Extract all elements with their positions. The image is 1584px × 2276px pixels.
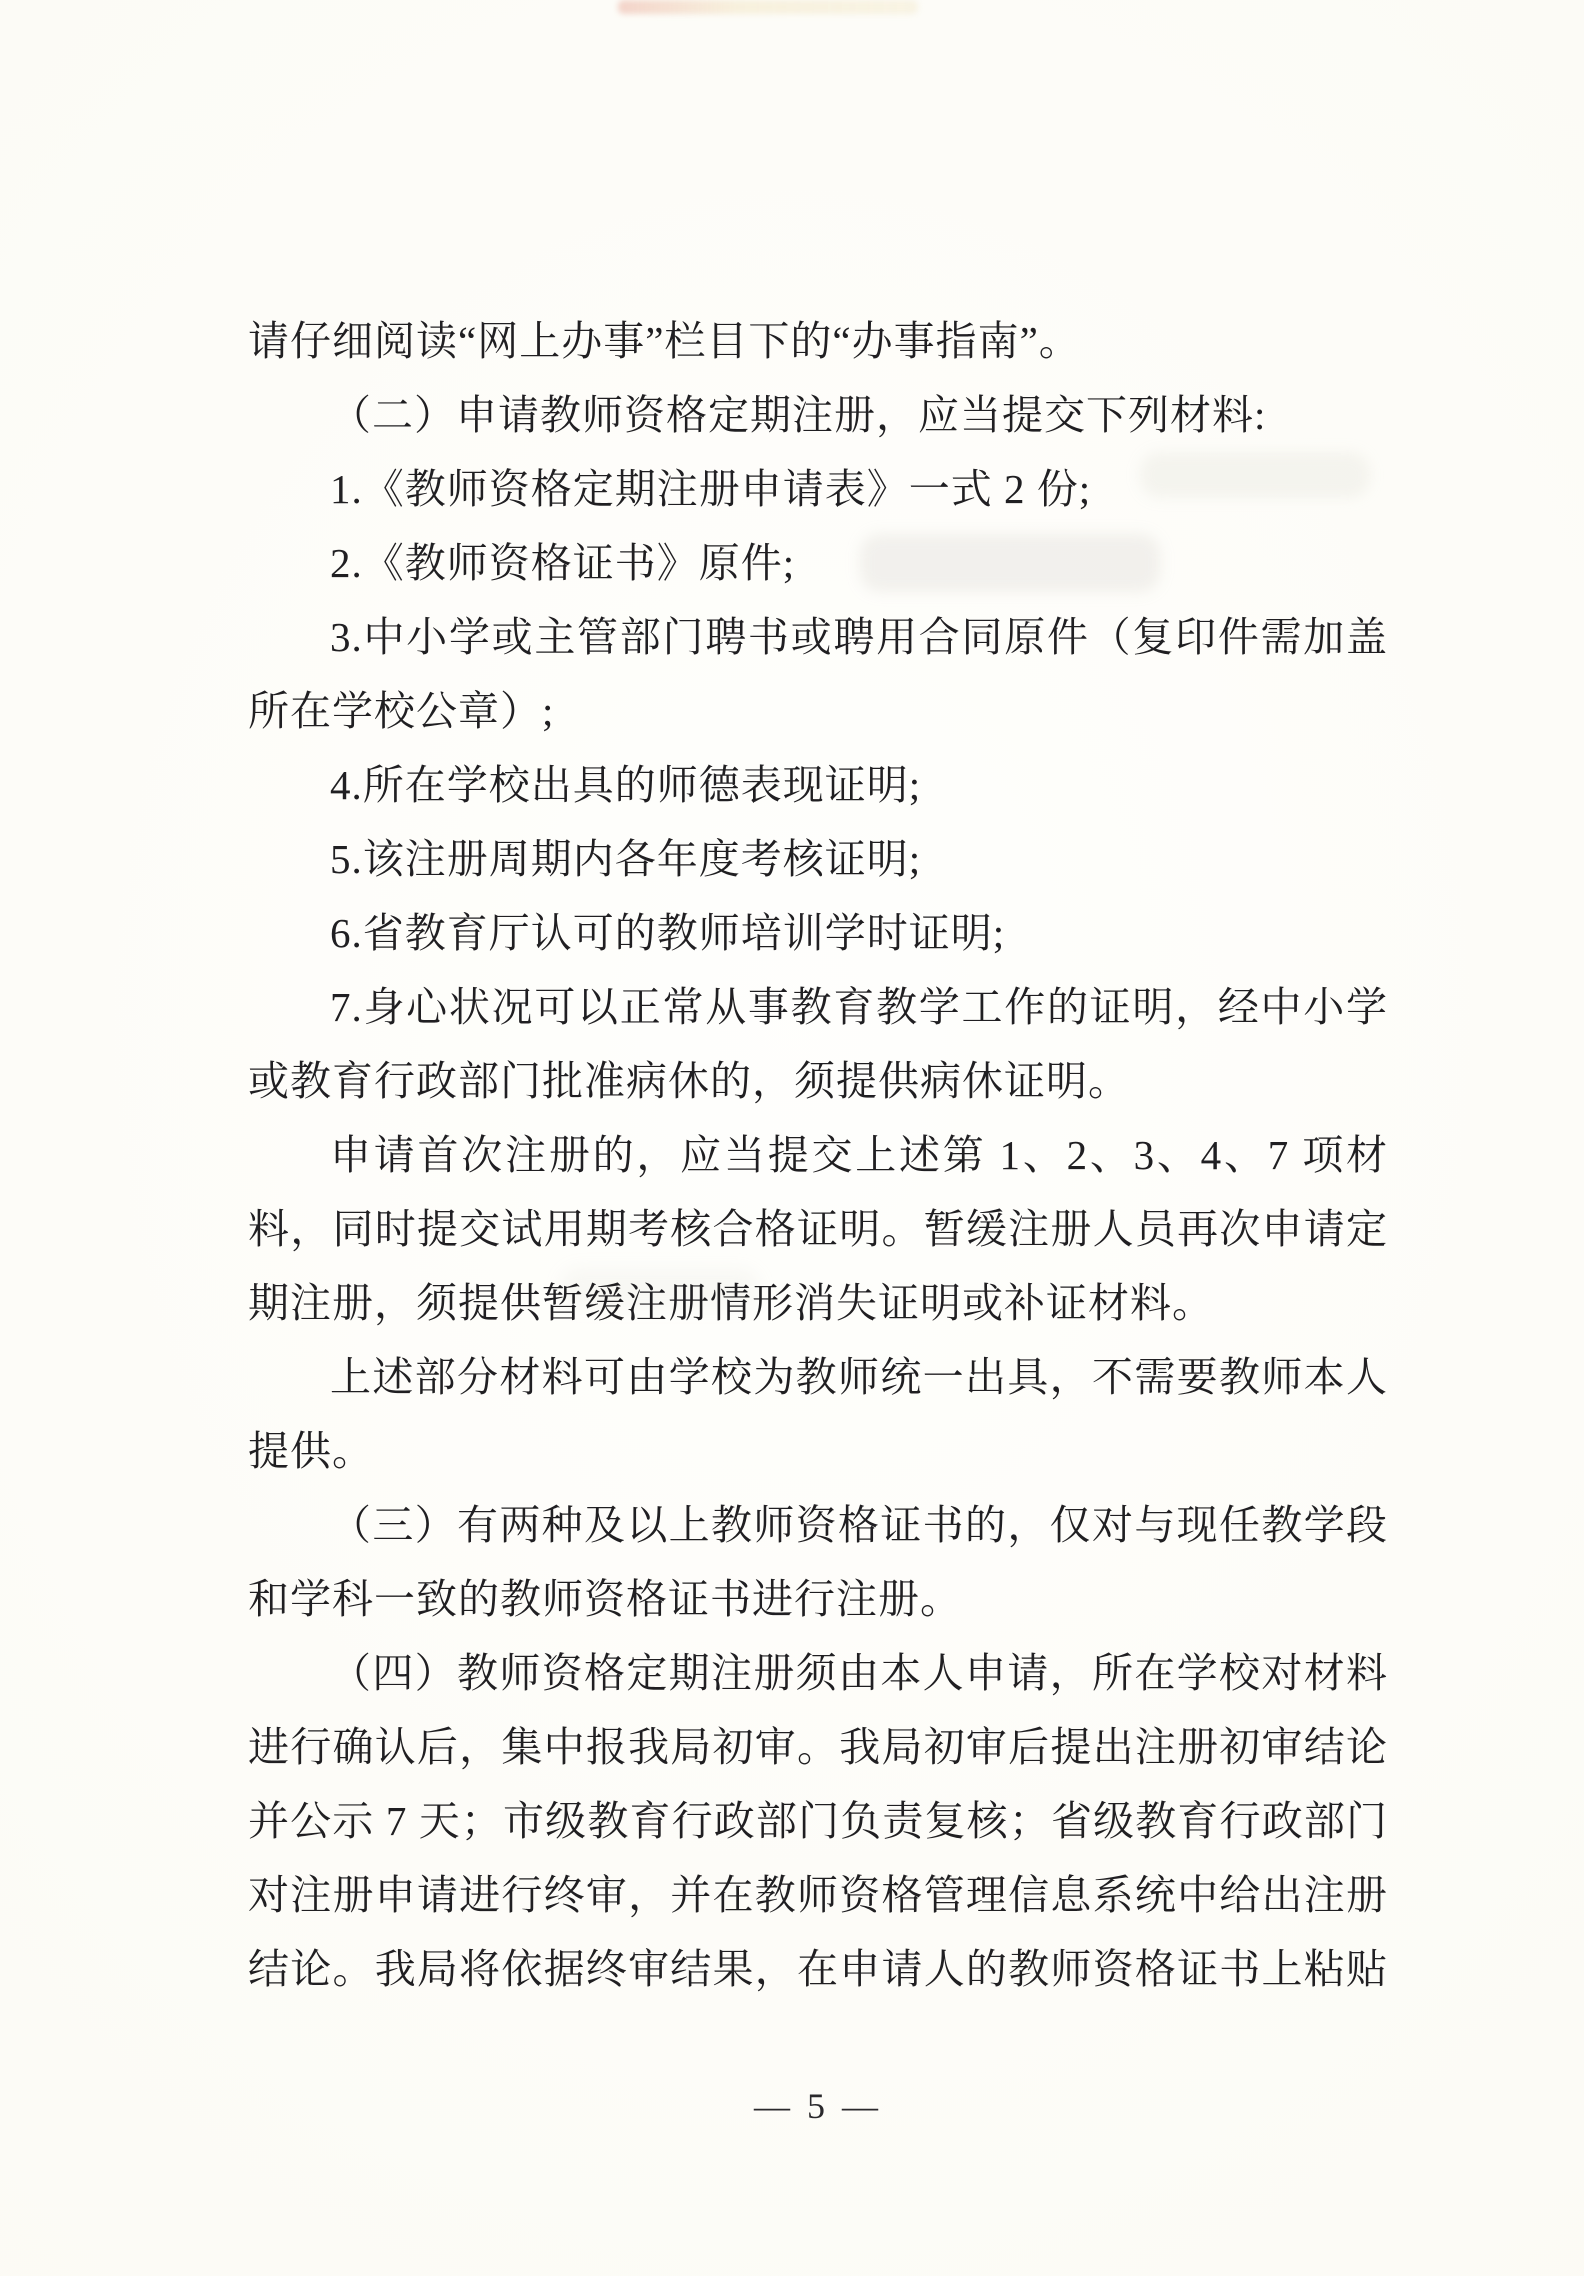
text-line: 或教育行政部门批准病休的，须提供病休证明。 [248, 1044, 1388, 1118]
text-line: 申请首次注册的，应当提交上述第 1、2、3、4、7 项材 [248, 1118, 1388, 1192]
text-line: 1.《教师资格定期注册申请表》一式 2 份; [248, 452, 1388, 526]
text-line: 请仔细阅读“网上办事”栏目下的“办事指南”。 [248, 304, 1388, 378]
text-line: 提供。 [248, 1414, 1388, 1488]
page-number: — 5 — [248, 2078, 1388, 2134]
text-line: 4.所在学校出具的师德表现证明; [248, 748, 1388, 822]
text-line: （三）有两种及以上教师资格证书的，仅对与现任教学段 [248, 1488, 1388, 1562]
text-line: 所在学校公章）; [248, 674, 1388, 748]
text-line: 5.该注册周期内各年度考核证明; [248, 822, 1388, 896]
text-line: 期注册，须提供暂缓注册情形消失证明或补证材料。 [248, 1266, 1388, 1340]
scanned-document-page: 请仔细阅读“网上办事”栏目下的“办事指南”。（二）申请教师资格定期注册，应当提交… [0, 0, 1584, 2276]
text-line: 对注册申请进行终审，并在教师资格管理信息系统中给出注册 [248, 1858, 1388, 1932]
text-line: 7.身心状况可以正常从事教育教学工作的证明，经中小学 [248, 970, 1388, 1044]
text-line: 并公示 7 天；市级教育行政部门负责复核；省级教育行政部门 [248, 1784, 1388, 1858]
text-line: （四）教师资格定期注册须由本人申请，所在学校对材料 [248, 1636, 1388, 1710]
document-body: 请仔细阅读“网上办事”栏目下的“办事指南”。（二）申请教师资格定期注册，应当提交… [248, 304, 1388, 2006]
text-line: 3.中小学或主管部门聘书或聘用合同原件（复印件需加盖 [248, 600, 1388, 674]
text-line: （二）申请教师资格定期注册，应当提交下列材料: [248, 378, 1388, 452]
text-line: 上述部分材料可由学校为教师统一出具，不需要教师本人 [248, 1340, 1388, 1414]
text-line: 和学科一致的教师资格证书进行注册。 [248, 1562, 1388, 1636]
text-line: 6.省教育厅认可的教师培训学时证明; [248, 896, 1388, 970]
text-line: 进行确认后，集中报我局初审。我局初审后提出注册初审结论 [248, 1710, 1388, 1784]
text-line: 结论。我局将依据终审结果，在申请人的教师资格证书上粘贴 [248, 1932, 1388, 2006]
text-line: 2.《教师资格证书》原件; [248, 526, 1388, 600]
scan-smudge [618, 0, 918, 14]
text-line: 料，同时提交试用期考核合格证明。暂缓注册人员再次申请定 [248, 1192, 1388, 1266]
